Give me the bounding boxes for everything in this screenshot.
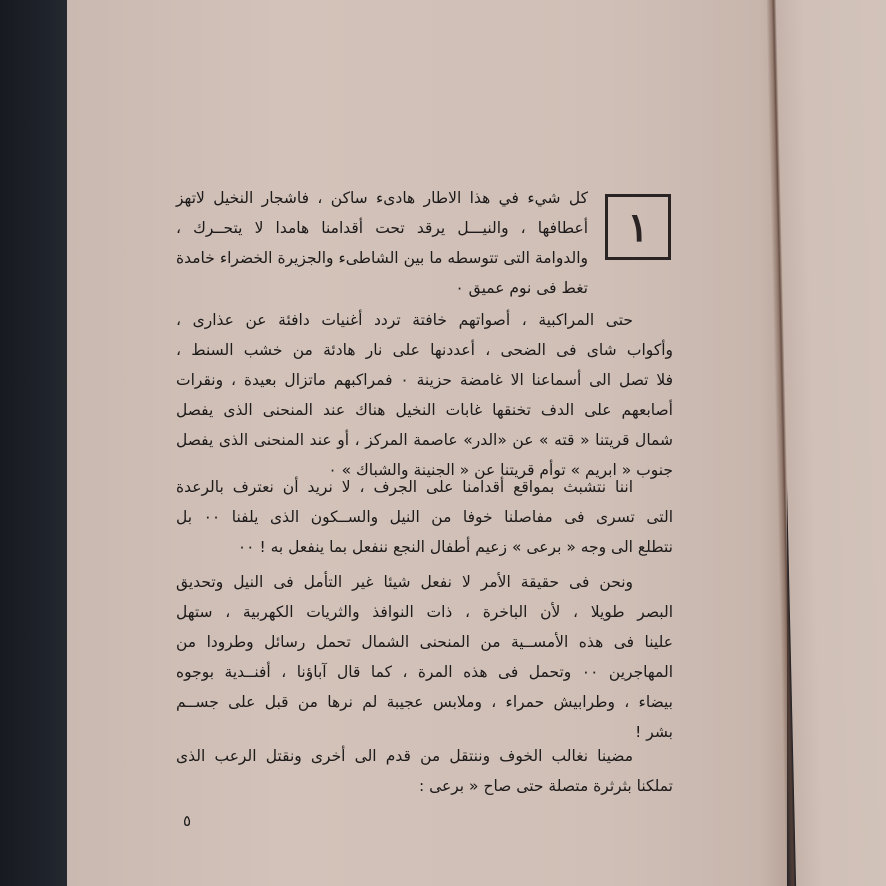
- dark-background: [0, 0, 70, 886]
- text-line: والدوامة التى تتوسطه ما بين الشاطىء والج…: [176, 243, 588, 273]
- text-line: شمال قريتنا « قته » عن «الدر» عاصمة المر…: [176, 425, 673, 455]
- text-line: أعطافها ، والنيـــل يرقد تحت أقدامنا هام…: [176, 213, 588, 243]
- text-line: مضينا نغالب الخوف وننتقل من قدم الى أخرى…: [176, 741, 673, 771]
- text-line: أصابعهم على الدف تخنقها غابات النخيل هنا…: [176, 395, 673, 425]
- text-line: اننا نتشبث بمواقع أقدامنا على الجرف ، لا…: [176, 472, 673, 502]
- text-line: وأكواب شاى فى الضحى ، أعددنها على نار ها…: [176, 335, 673, 365]
- text-line: نتطلع الى وجه « برعى » زعيم أطفال النجع …: [176, 532, 673, 562]
- text-line: المهاجرين ٠٠ وتحمل فى هذه المرة ، كما قا…: [176, 657, 673, 687]
- text-line: فلا تصل الى أسماعنا الا غامضة حزينة ٠ فم…: [176, 365, 673, 395]
- text-line: بيضاء ، وطرابيش حمراء ، وملابس عجيبة لم …: [176, 687, 673, 717]
- text-line: حتى المراكبية ، أصواتهم خافتة تردد أغنيا…: [176, 305, 673, 335]
- paragraph-2: حتى المراكبية ، أصواتهم خافتة تردد أغنيا…: [176, 305, 673, 485]
- text-line: ونحن فى حقيقة الأمر لا نفعل شيئا غير الت…: [176, 567, 673, 597]
- text-line: تملكنا بثرثرة متصلة حتى صاح « برعى :: [176, 771, 673, 801]
- text-line: التى تسرى فى مفاصلنا خوفا من النيل والسـ…: [176, 502, 673, 532]
- text-line: كل شيء في هذا الاطار هادىء ساكن ، فاشجار…: [176, 183, 588, 213]
- paragraph-4: ونحن فى حقيقة الأمر لا نفعل شيئا غير الت…: [176, 567, 673, 747]
- paragraph-5: مضينا نغالب الخوف وننتقل من قدم الى أخرى…: [176, 741, 673, 801]
- text-line: البصر طويلا ، لأن الباخرة ، ذات النوافذ …: [176, 597, 673, 627]
- paragraph-1: كل شيء في هذا الاطار هادىء ساكن ، فاشجار…: [176, 183, 588, 303]
- chapter-number-box: ١: [605, 194, 671, 260]
- paragraph-3: اننا نتشبث بمواقع أقدامنا على الجرف ، لا…: [176, 472, 673, 562]
- text-line: علينا فى هذه الأمســية من المنحنى الشمال…: [176, 627, 673, 657]
- chapter-number: ١: [627, 204, 648, 251]
- text-line: تغط فى نوم عميق ٠: [176, 273, 588, 303]
- page-number: ٥: [183, 812, 191, 830]
